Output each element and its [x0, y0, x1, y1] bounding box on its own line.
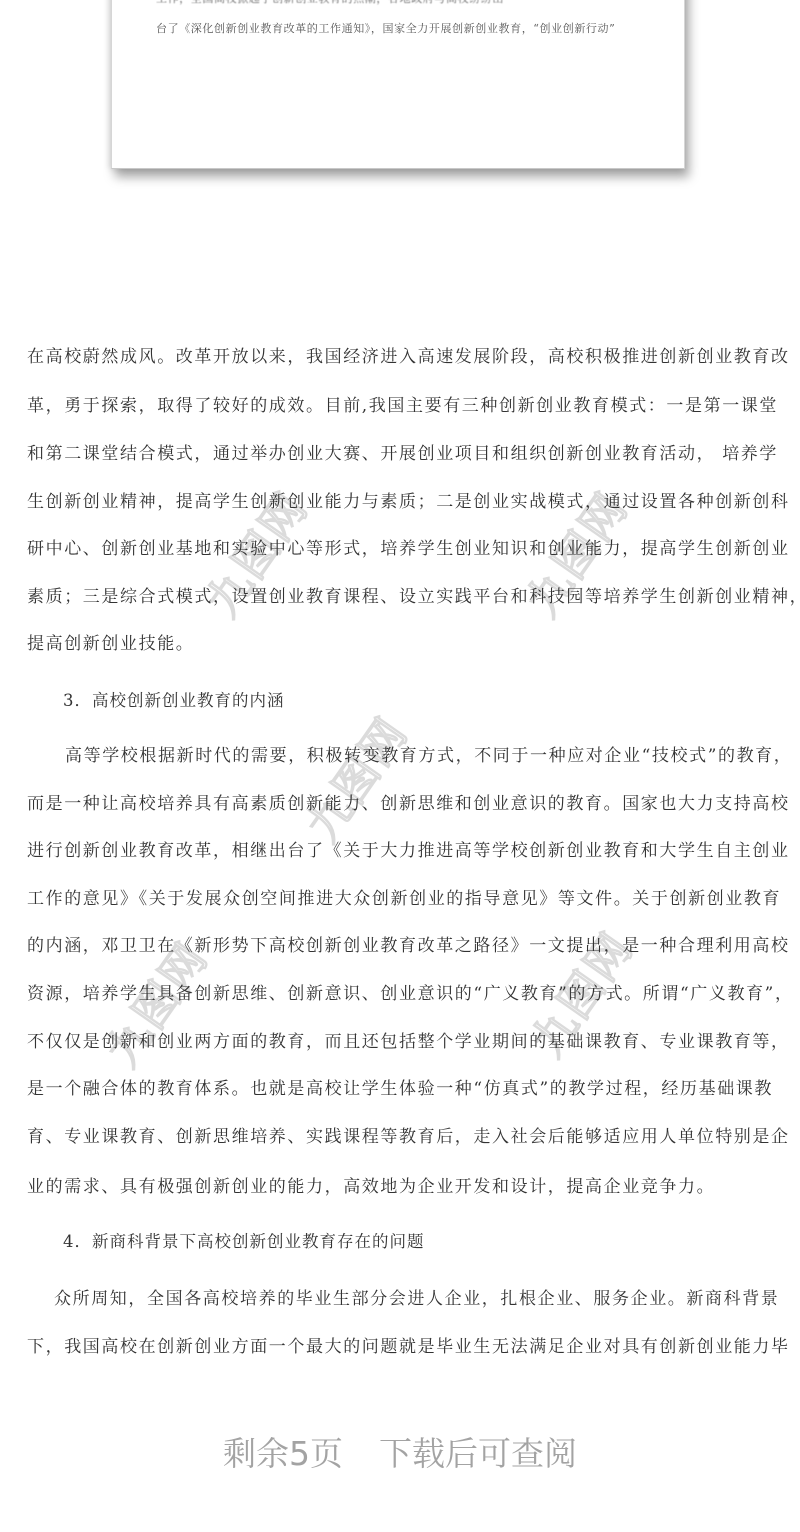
remaining-pages-label: 剩余5页 — [223, 1434, 343, 1473]
paragraph-line: 工作的意见》《关于发展众创空间推进大众创新创业的指导意见》等文件。关于创新创业教… — [27, 889, 773, 909]
paragraph-line: 高等学校根据新时代的需要，积极转变教育方式，不同于一种应对企业“技校式”的教育， — [65, 746, 773, 766]
paragraph-line: 研中心、创新创业基地和实验中心等形式，培养学生创业知识和创业能力，提高学生创新创… — [27, 539, 773, 559]
paragraph-line: 而是一种让高校培养具有高素质创新能力、创新思维和创业意识的教育。国家也大力支持高… — [27, 794, 773, 814]
paragraph-line: 素质；三是综合式模式，设置创业教育课程、设立实践平台和科技园等培养学生创新创业精… — [27, 587, 773, 607]
paragraph-line: 进行创新创业教育改革，相继出台了《关于大力推进高等学校创新创业教育和大学生自主创… — [27, 841, 773, 861]
paragraph-line: 下，我国高校在创新创业方面一个最大的问题就是毕业生无法满足企业对具有创新创业能力… — [27, 1337, 773, 1357]
section-heading-4: 4．新商科背景下高校创新创业教育存在的问题 — [63, 1232, 425, 1252]
paragraph-line: 众所周知，全国各高校培养的毕业生部分会进人企业，扎根企业、服务企业。新商科背景 — [54, 1289, 773, 1309]
download-action-label[interactable]: 下载后可查阅 — [379, 1434, 577, 1473]
section-heading-3: 3．高校创新创业教育的内涵 — [63, 691, 285, 711]
paragraph-line: 是一个融合体的教育体系。也就是高校让学生体验一种“仿真式”的教学过程，经历基础课… — [27, 1079, 773, 1099]
paragraph-line: 在高校蔚然成风。改革开放以来，我国经济进入高速发展阶段，高校积极推进创新创业教育… — [27, 347, 773, 367]
paragraph-line: 业的需求、具有极强创新创业的能力，高效地为企业开发和设计，提高企业竞争力。 — [27, 1177, 715, 1197]
paragraph-line: 资源，培养学生具备创新思维、创新意识、创业意识的“广义教育”的方式。所谓“广义教… — [27, 984, 773, 1004]
paragraph-line: 的内涵，邓卫卫在《新形势下高校创新创业教育改革之路径》一文提出，是一种合理利用高… — [27, 936, 773, 956]
preview-line: 台了《深化创新创业教育改革的工作通知》，国家全力开展创新创业教育，“创业创新行动… — [156, 20, 664, 36]
paragraph-line: 革，勇于探索，取得了较好的成效。目前,我国主要有三种创新创业教育模式：一是第一课… — [27, 396, 773, 416]
paragraph-line: 提高创新创业技能。 — [27, 634, 194, 654]
document-preview-card: 工作，全国高校掀起了创新创业教育的热潮，各地政府与高校纷纷出 台了《深化创新创业… — [111, 0, 685, 169]
preview-line: 工作，全国高校掀起了创新创业教育的热潮，各地政府与高校纷纷出 — [156, 0, 664, 6]
paragraph-line: 育、专业课教育、创新思维培养、实践课程等教育后，走入社会后能够适应用人单位特别是… — [27, 1127, 773, 1147]
download-to-read-prompt[interactable]: 剩余5页下载后可查阅 — [0, 1428, 800, 1475]
paragraph-line: 不仅仅是创新和创业两方面的教育，而且还包括整个学业期间的基础课教育、专业课教育等… — [27, 1032, 773, 1052]
watermark: 九图网 — [288, 702, 420, 852]
paragraph-line: 和第二课堂结合模式，通过举办创业大赛、开展创业项目和组织创新创业教育活动， 培养… — [27, 444, 773, 464]
paragraph-line: 生创新创业精神，提高学生创新创业能力与素质；二是创业实战模式，通过设置各种创新创… — [27, 492, 773, 512]
